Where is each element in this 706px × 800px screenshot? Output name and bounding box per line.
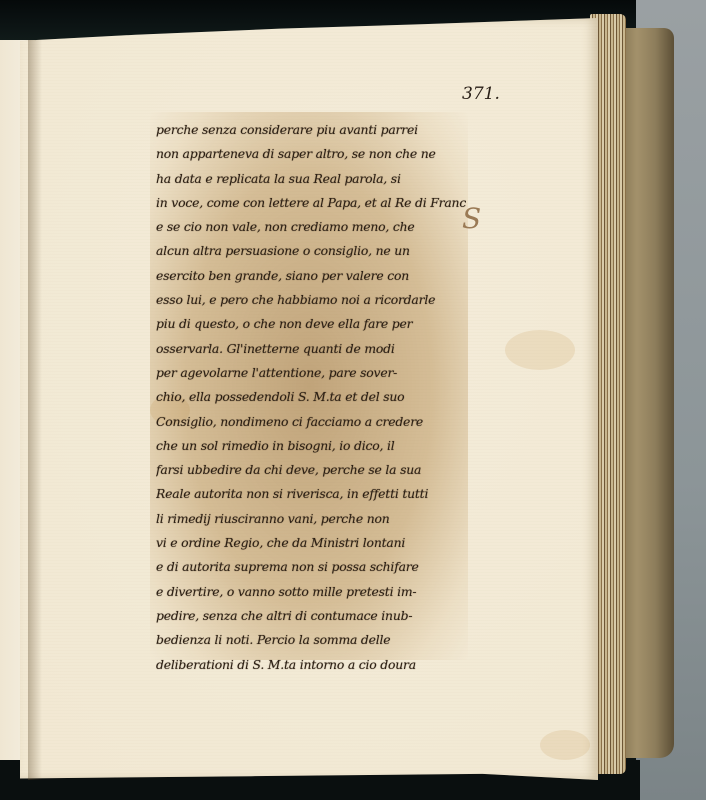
text-line: piu di questo, o che non deve ella fare … [156, 312, 466, 336]
text-line: li rimedij riusciranno vani, perche non [156, 507, 466, 531]
text-line: per agevolarne l'attentione, pare sover- [156, 361, 466, 385]
text-line: chio, ella possedendoli S. M.ta et del s… [156, 385, 466, 409]
text-line: farsi ubbedire da chi deve, perche se la… [156, 458, 466, 482]
text-line: esso lui, e pero che habbiamo noi a rico… [156, 288, 466, 312]
text-line: Reale autorita non si riverisca, in effe… [156, 482, 466, 506]
foxing-stain [505, 330, 575, 370]
text-line: Consiglio, nondimeno ci facciamo a crede… [156, 410, 466, 434]
text-line: ha data e replicata la sua Real parola, … [156, 167, 466, 191]
manuscript-text: perche senza considerare piu avanti parr… [156, 118, 466, 677]
text-line: che un sol rimedio in bisogni, io dico, … [156, 434, 466, 458]
text-line: esercito ben grande, siano per valere co… [156, 264, 466, 288]
text-line: e di autorita suprema non si possa schif… [156, 555, 466, 579]
text-line: perche senza considerare piu avanti parr… [156, 118, 466, 142]
text-line: non apparteneva di saper altro, se non c… [156, 142, 466, 166]
text-line: vi e ordine Regio, che da Ministri lonta… [156, 531, 466, 555]
text-line: alcun altra persuasione o consiglio, ne … [156, 239, 466, 263]
foxing-stain [540, 730, 590, 760]
text-line: osservarla. Gl'inetterne quanti de modi [156, 337, 466, 361]
gutter-shadow [28, 40, 42, 780]
text-line: pedire, senza che altri di contumace inu… [156, 604, 466, 628]
folio-number: 371. [462, 84, 500, 104]
text-line: e divertire, o vanno sotto mille pretest… [156, 580, 466, 604]
text-line: bedienza li noti. Percio la somma delle [156, 628, 466, 652]
text-line: deliberationi di S. M.ta intorno a cio d… [156, 653, 466, 677]
text-line: in voce, come con lettere al Papa, et al… [156, 191, 466, 215]
text-line: e se cio non vale, non crediamo meno, ch… [156, 215, 466, 239]
